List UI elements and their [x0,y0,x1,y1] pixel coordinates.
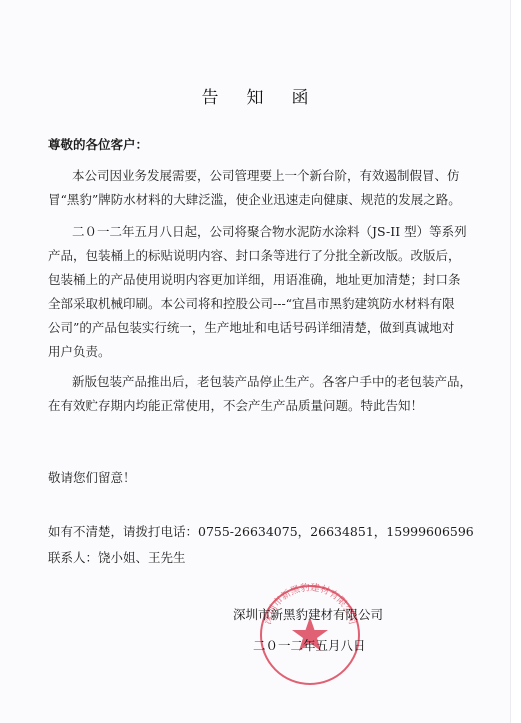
paragraph-line: 包装桶上的产品使用说明内容更加详细，用语准确，地址更加清楚；封口条 [48,268,448,292]
paragraph-line: 全部采取机械印刷。本公司将和控股公司---“宜昌市黑豹建筑防水材料有限 [48,292,448,316]
paragraph-2: 二０一二年五月八日起，公司将聚合物水泥防水涂料（JS-II 型）等系列 产品，包… [48,220,448,364]
salutation: 尊敬的各位客户： [48,135,148,153]
paragraph-line: 在有效贮存期内均能正常使用，不会产生产品质量问题。特此告知！ [48,394,448,418]
paragraph-1: 本公司因业务发展需要，公司管理要上一个新台阶，有效遏制假冒、仿 冒“黑豹”牌防水… [48,164,448,212]
signature-company: 深圳市新黑豹建材有限公司 [233,605,383,623]
paragraph-line: 二０一二年五月八日起，公司将聚合物水泥防水涂料（JS-II 型）等系列 [48,220,448,244]
paragraph-line: 新版包装产品推出后，老包装产品停止生产。各客户手中的老包装产品， [48,370,448,394]
document-page: 告知函 尊敬的各位客户： 本公司因业务发展需要，公司管理要上一个新台阶，有效遏制… [0,0,511,723]
paragraph-line: 产品，包装桶上的标贴说明内容、封口条等进行了分批全新改版。改版后， [48,244,448,268]
paragraph-line: 冒“黑豹”牌防水材料的大肆泛滥，使企业迅速走向健康、规范的发展之路。 [48,188,448,212]
document-title: 告知函 [0,83,510,108]
paragraph-line: 用户负责。 [48,340,448,364]
paragraph-line: 公司”的产品包装实行统一，生产地址和电话号码详细清楚，做到真诚地对 [48,316,448,340]
company-seal-icon: 深圳市新黑豹建材有限公司 [258,583,362,687]
paragraph-3: 新版包装产品推出后，老包装产品停止生产。各客户手中的老包装产品， 在有效贮存期内… [48,370,448,418]
signature-date: 二０一二年五月八日 [253,636,366,654]
paragraph-line: 本公司因业务发展需要，公司管理要上一个新台阶，有效遏制假冒、仿 [48,164,448,188]
closing-remark: 敬请您们留意！ [48,468,136,486]
contact-phone: 如有不清楚，请拨打电话：0755-26634075，26634851，15999… [48,522,474,540]
contact-person: 联系人：饶小姐、王先生 [48,548,186,566]
